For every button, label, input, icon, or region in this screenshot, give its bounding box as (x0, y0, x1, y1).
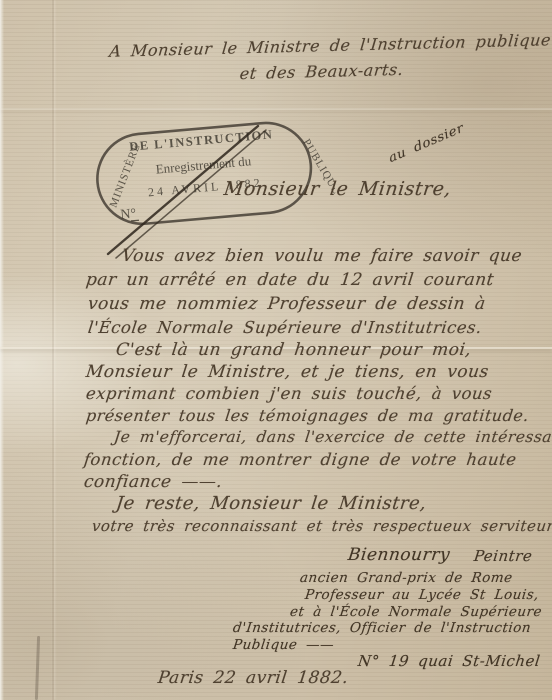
heading-line-1: A Monsieur le Ministre de l'Instruction … (108, 30, 551, 61)
signature-address: N° 19 quai St-Michel (357, 652, 542, 670)
margin-annotation: au dossier (387, 121, 465, 166)
scan-edge (0, 0, 4, 700)
signature-detail: Publique —— (232, 637, 335, 653)
paper-streak (35, 636, 40, 700)
body-line: Je m'efforcerai, dans l'exercice de cett… (113, 428, 552, 446)
fold-crease (52, 0, 54, 700)
closing-line: votre très reconnaissant et très respect… (91, 517, 552, 535)
body-line: exprimant combien j'en suis touché, à vo… (85, 384, 494, 403)
signature-detail: Professeur au Lycée St Louis, (304, 587, 540, 603)
dateline: Paris 22 avril 1882. (157, 668, 350, 688)
body-line: fonction, de me montrer digne de votre h… (83, 450, 518, 469)
body-line: vous me nommiez Professeur de dessin à (87, 294, 487, 314)
closing-line: Je reste, Monsieur le Ministre, (115, 493, 428, 514)
body-line: confiance ——. (83, 472, 224, 492)
signature-title: Peintre (473, 547, 534, 565)
body-line: présenter tous les témoignages de ma gra… (85, 406, 530, 425)
signature-detail: et à l'École Normale Supérieure (289, 604, 543, 620)
signature-detail: d'Institutrices, Officier de l'Instructi… (232, 620, 532, 636)
body-line: par un arrêté en date du 12 avril couran… (85, 270, 495, 290)
signature-name: Biennourry (347, 545, 451, 565)
signature-detail: ancien Grand-prix de Rome (299, 570, 514, 586)
body-line: l'École Normale Supérieure d'Institutric… (87, 318, 483, 337)
body-line: Monsieur le Ministre, et je tiens, en vo… (85, 362, 490, 382)
letter-page: A Monsieur le Ministre de l'Instruction … (0, 0, 552, 700)
salutation: Monsieur le Ministre, (223, 178, 453, 200)
body-line: Vous avez bien voulu me faire savoir que (121, 246, 524, 266)
heading-line-2: et des Beaux-arts. (239, 60, 404, 83)
body-line: C'est là un grand honneur pour moi, (115, 340, 473, 360)
